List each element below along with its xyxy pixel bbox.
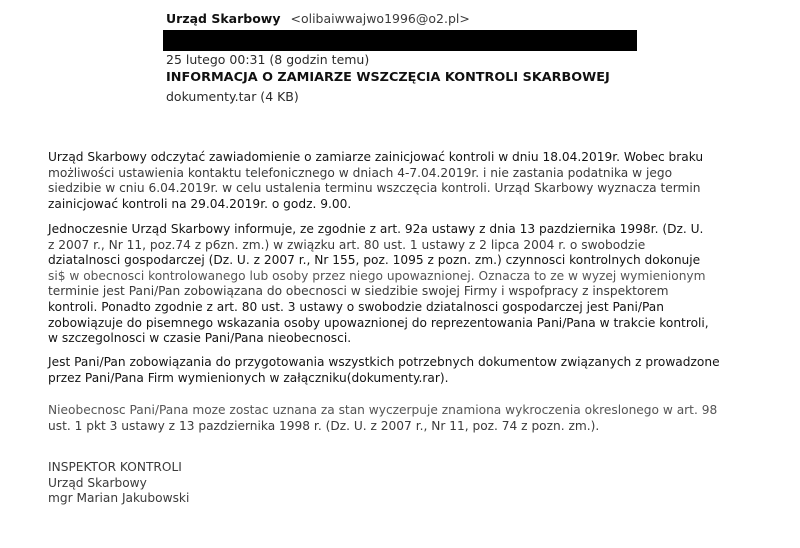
paragraph-line: siedzibie w cniu 6.04.2019r. w celu usta… <box>48 181 793 197</box>
paragraph-1: Urząd Skarbowy odczytać zawiadomienie o … <box>48 150 793 212</box>
paragraph-line: zobowiązuje do pisemnego wskazania osoby… <box>48 316 793 332</box>
paragraph-line: Jednoczesnie Urząd Skarbowy informuje, z… <box>48 222 793 238</box>
from-value[interactable]: Urząd Skarbowy<olibaiwwajwo1996@o2.pl> <box>166 9 470 29</box>
paragraph-line: w szczegolnosci w czasie Pani/Pana nieob… <box>48 331 793 347</box>
signature: INSPEKTOR KONTROLI Urząd Skarbowy mgr Ma… <box>48 460 793 507</box>
paragraph-line: zainicjować kontroli na 29.04.2019r. o g… <box>48 197 793 213</box>
signature-title: INSPEKTOR KONTROLI <box>48 460 793 476</box>
signature-name: mgr Marian Jakubowski <box>48 491 793 507</box>
paragraph-line: Urząd Skarbowy odczytać zawiadomienie o … <box>48 150 793 166</box>
sender-email[interactable]: <olibaiwwajwo1996@o2.pl> <box>290 11 469 26</box>
subject-value: INFORMACJA O ZAMIARZE WSZCZĘCIA KONTROLI… <box>166 68 610 88</box>
signature-office: Urząd Skarbowy <box>48 476 793 492</box>
sender-name: Urząd Skarbowy <box>166 11 280 26</box>
attachment-link[interactable]: dokumenty.tar (4 KB) <box>166 87 299 107</box>
paragraph-line: możliwości ustawienia kontaktu telefonic… <box>48 166 793 182</box>
paragraph-line: Nieobecnosc Pani/Pana moze zostac uznana… <box>48 403 793 419</box>
paragraph-line: dziatalnosci gospodarczej (Dz. U. z 2007… <box>48 253 793 269</box>
paragraph-4: Nieobecnosc Pani/Pana moze zostac uznana… <box>48 403 793 434</box>
paragraph-line: Jest Pani/Pan zobowiązania do przygotowa… <box>48 355 793 371</box>
paragraph-3: Jest Pani/Pan zobowiązania do przygotowa… <box>48 355 793 386</box>
paragraph-line: si$ w obecnosci kontrolowanego lub osoby… <box>48 269 793 285</box>
paragraph-line: kontroli. Ponadto zgodnie z art. 80 ust.… <box>48 300 793 316</box>
paragraph-line: ust. 1 pkt 3 ustawy z 13 pazdziernika 19… <box>48 419 793 435</box>
paragraph-line: z 2007 r., Nr 11, poz.74 z p6zn. zm.) w … <box>48 238 793 254</box>
recipient-redaction-bar <box>163 30 637 51</box>
paragraph-2: Jednoczesnie Urząd Skarbowy informuje, z… <box>48 222 793 347</box>
paragraph-line: przez Pani/Pana Firm wymienionych w załą… <box>48 371 793 387</box>
paragraph-line: terminie jest Pani/Pan zobowiązana do ob… <box>48 284 793 300</box>
sent-value: 25 lutego 00:31 (8 godzin temu) <box>166 50 369 70</box>
